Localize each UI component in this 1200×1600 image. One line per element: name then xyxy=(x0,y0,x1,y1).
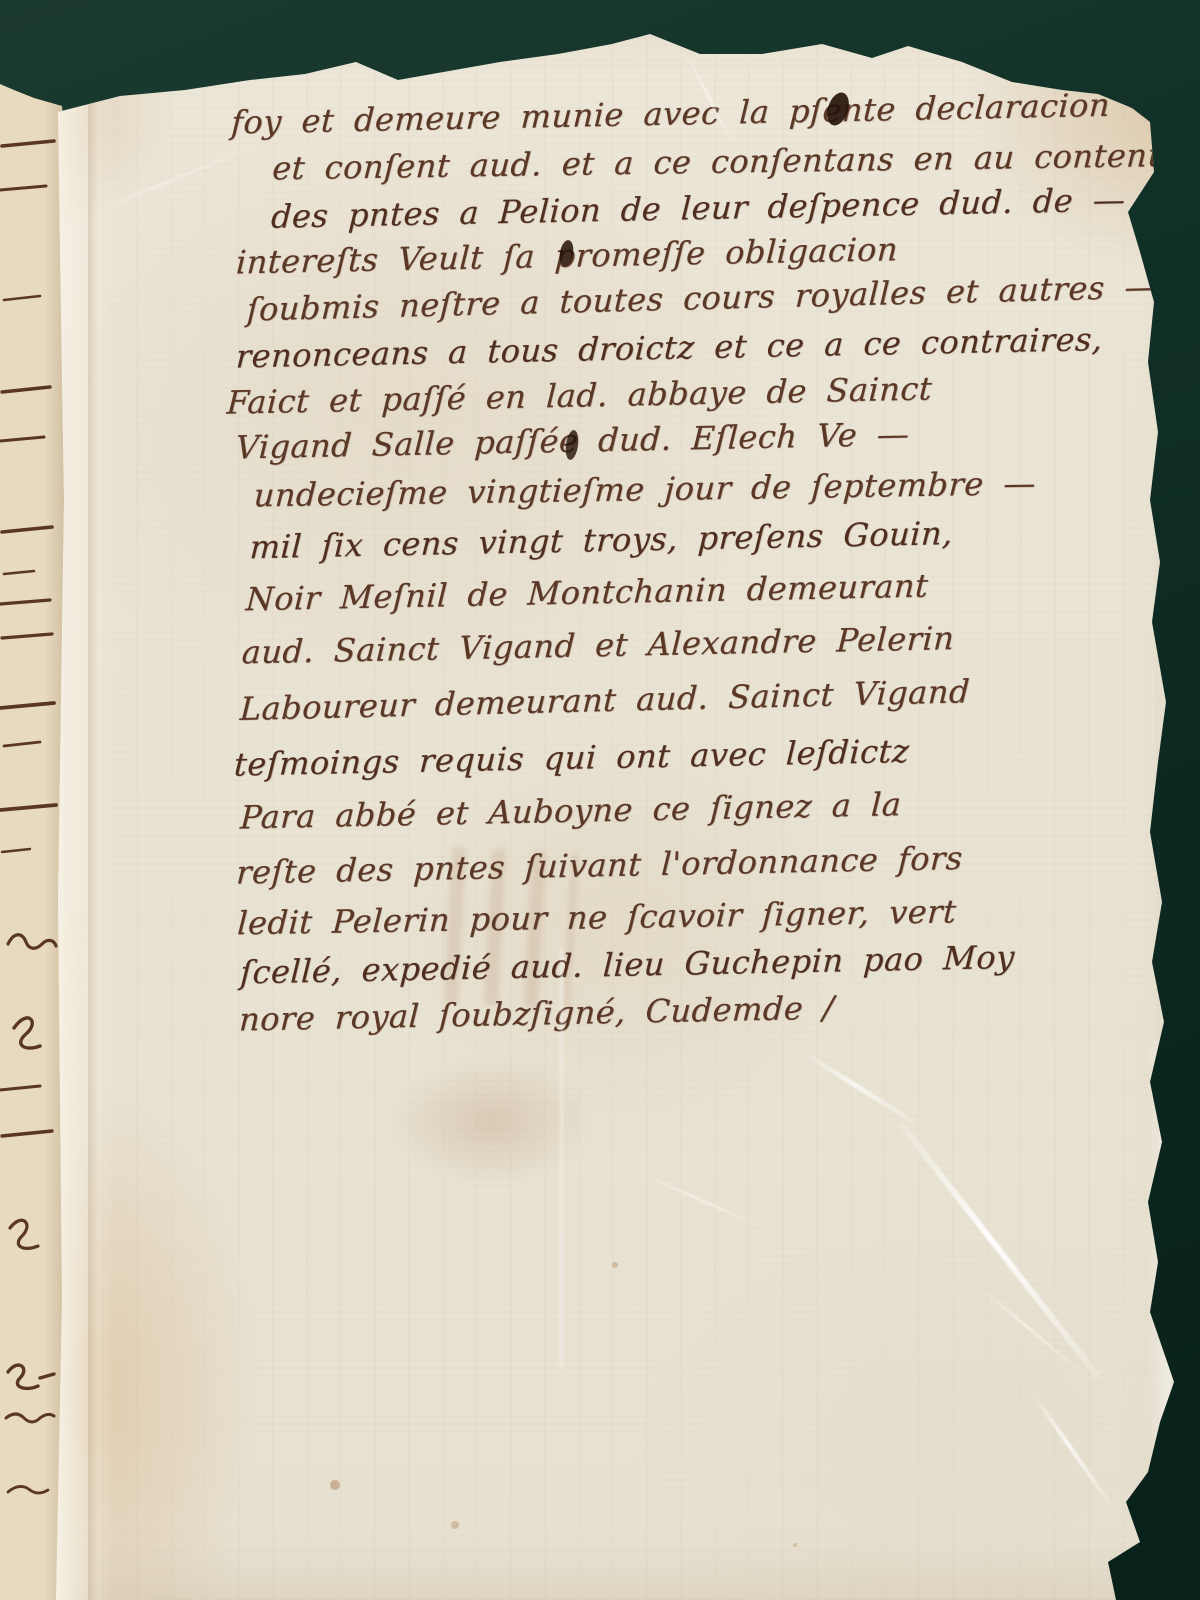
manuscript-page: foy et demeure munie avec la pſente decl… xyxy=(0,0,1200,1600)
manuscript-line: renonceans a tous droictz et ce a ce con… xyxy=(235,320,1104,375)
manuscript-line: ſcellé, expedié aud. lieu Guchepin pao M… xyxy=(239,938,1015,992)
handwriting-block: foy et demeure munie avec la pſente decl… xyxy=(0,0,1200,1600)
vertical-fold-crease xyxy=(560,948,563,1368)
manuscript-line: ledit Pelerin pour ne ſcavoir ſigner, ve… xyxy=(236,892,957,942)
manuscript-line: et conſent aud. et a ce conſentans en au… xyxy=(271,136,1169,187)
manuscript-line: teſmoings requis qui ont avec leſdictz xyxy=(233,732,910,784)
manuscript-line: Faict et paſſé en lad. abbaye de Sainct xyxy=(226,369,933,421)
manuscript-line: Laboureur demeurant aud. Sainct Vigand xyxy=(239,672,971,728)
manuscript-line: nore royal ſoubzſigné, Cudemde / xyxy=(238,989,835,1039)
manuscript-line: des pntes a Pelion de leur deſpence dud.… xyxy=(270,181,1126,236)
manuscript-line: reſte des pntes ſuivant l'ordonnance for… xyxy=(235,839,963,892)
photograph-of-manuscript: { "palette": { "background_cloth": "#0d2… xyxy=(0,0,1200,1600)
manuscript-line: foy et demeure munie avec la pſente decl… xyxy=(230,85,1163,142)
manuscript-line: Noir Meſnil de Montchanin demeurant xyxy=(245,567,930,619)
manuscript-line: mil ſix cens vingt troys, preſens Gouin, xyxy=(249,514,954,566)
manuscript-line: aud. Sainct Vigand et Alexandre Pelerin xyxy=(241,619,955,671)
manuscript-line: undecieſme vingtieſme jour de ſeptembre … xyxy=(253,464,1037,514)
torn-edge-highlight xyxy=(1146,1040,1172,1460)
manuscript-line: Para abbé et Auboyne ce ſignez a la xyxy=(239,785,902,836)
